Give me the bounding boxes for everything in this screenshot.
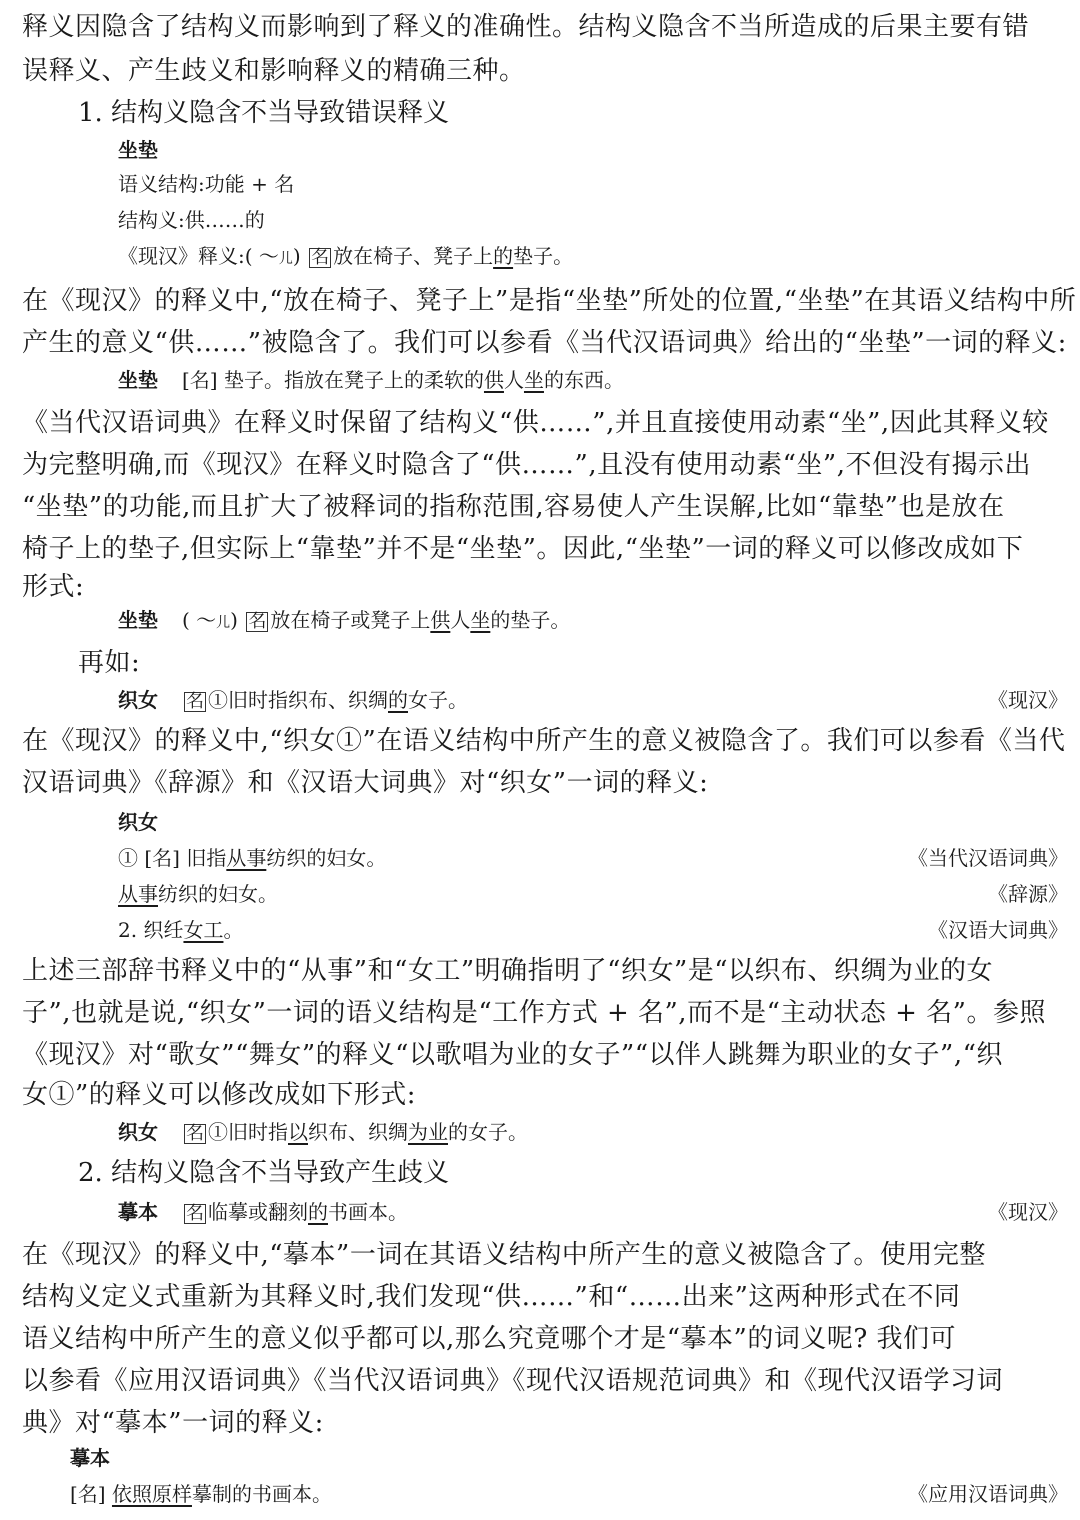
noun-box-icon: 名: [246, 612, 268, 632]
paragraph-line: 在《现汉》的释义中,“摹本”一词在其语义结构中所产生的意义被隐含了。使用完整: [22, 1234, 1068, 1271]
paragraph-line: 汉语词典》《辞源》和《汉语大词典》对“织女”一词的释义:: [22, 762, 1068, 799]
entry-definition: 2. 织纴女工。 《汉语大词典》: [118, 914, 1068, 943]
entry-meaning: 结构义:供……的: [118, 204, 1068, 233]
source-citation: 《现汉》: [988, 1196, 1068, 1225]
paragraph-line: 误释义、产生歧义和影响释义的精确三种。: [22, 50, 1068, 87]
source-citation: 《汉语大词典》: [928, 914, 1068, 943]
entry-definition: 坐垫[名] 垫子。指放在凳子上的柔软的供人坐的东西。: [118, 364, 1068, 393]
paragraph-line: 以参看《应用汉语词典》《当代汉语词典》《现代汉语规范词典》和《现代汉语学习词: [22, 1360, 1068, 1397]
paragraph-line: “坐垫”的功能,而且扩大了被释词的指称范围,容易使人产生误解,比如“靠垫”也是放…: [22, 486, 1068, 523]
paragraph-line: 上述三部辞书释义中的“从事”和“女工”明确指明了“织女”是“以织布、织绸为业的女: [22, 950, 1068, 987]
entry-definition: 织女名①旧时指织布、织绸的女子。 《现汉》: [118, 684, 1068, 713]
paragraph-line: 再如:: [78, 642, 1080, 679]
section-heading-2: 2. 结构义隐含不当导致产生歧义: [78, 1152, 1080, 1189]
entry-definition: 摹本名临摹或翻刻的书画本。 《现汉》: [118, 1196, 1068, 1225]
source-citation: 《当代汉语词典》: [908, 842, 1068, 871]
paragraph-line: 形式:: [22, 566, 1068, 603]
paragraph-line: 典》对“摹本”一词的释义:: [22, 1402, 1068, 1439]
section-heading-1: 1. 结构义隐含不当导致错误释义: [78, 92, 1080, 129]
paragraph-line: 《当代汉语词典》在释义时保留了结构义“供……”,并且直接使用动素“坐”,因此其释…: [22, 402, 1068, 439]
entry-headword: 织女: [118, 806, 1068, 835]
entry-headword: 坐垫: [118, 134, 1068, 163]
source-citation: 《应用汉语词典》: [908, 1478, 1068, 1507]
entry-definition: ① [名] 旧指从事纺织的妇女。 《当代汉语词典》: [118, 842, 1068, 871]
source-citation: 《现汉》: [988, 684, 1068, 713]
entry-headword: 摹本: [70, 1442, 1068, 1471]
paragraph-line: 子”,也就是说,“织女”一词的语义结构是“工作方式 + 名”,而不是“主动状态 …: [22, 992, 1068, 1029]
entry-definition: 从事纺织的妇女。 《辞源》: [118, 878, 1068, 907]
paragraph-line: 释义因隐含了结构义而影响到了释义的准确性。结构义隐含不当所造成的后果主要有错: [22, 6, 1068, 43]
noun-box-icon: 名: [184, 1124, 206, 1144]
noun-box-icon: 名: [184, 692, 206, 712]
noun-box-icon: 名: [184, 1204, 206, 1224]
paragraph-line: 为完整明确,而《现汉》在释义时隐含了“供……”,且没有使用动素“坐”,不但没有揭…: [22, 444, 1068, 481]
paragraph-line: 《现汉》对“歌女”“舞女”的释义“以歌唱为业的女子”“以伴人跳舞为职业的女子”,…: [22, 1034, 1068, 1071]
paragraph-line: 语义结构中所产生的意义似乎都可以,那么究竟哪个才是“摹本”的词义呢? 我们可: [22, 1318, 1068, 1355]
entry-revised-definition: 织女名①旧时指以织布、织绸为业的女子。: [118, 1116, 1068, 1145]
paragraph-line: 在《现汉》的释义中,“织女①”在语义结构中所产生的意义被隐含了。我们可以参看《当…: [22, 720, 1068, 757]
source-citation: 《辞源》: [988, 878, 1068, 907]
entry-revised-definition: 坐垫( ～儿) 名放在椅子或凳子上供人坐的垫子。: [118, 604, 1068, 633]
paragraph-line: 女①”的释义可以修改成如下形式:: [22, 1074, 1068, 1111]
entry-definition: [名] 依照原样摹制的书画本。 《应用汉语词典》: [70, 1478, 1068, 1507]
entry-xianhan-definition: 《现汉》释义:( ～儿) 名放在椅子、凳子上的垫子。: [118, 240, 1068, 269]
headword: 坐垫: [118, 138, 158, 162]
entry-structure: 语义结构:功能 + 名: [118, 168, 1068, 197]
paragraph-line: 在《现汉》的释义中,“放在椅子、凳子上”是指“坐垫”所处的位置,“坐垫”在其语义…: [22, 280, 1068, 317]
paragraph-line: 结构义定义式重新为其释义时,我们发现“供……”和“……出来”这两种形式在不同: [22, 1276, 1068, 1313]
paragraph-line: 椅子上的垫子,但实际上“靠垫”并不是“坐垫”。因此,“坐垫”一词的释义可以修改成…: [22, 528, 1068, 565]
noun-box-icon: 名: [309, 248, 331, 268]
paragraph-line: 产生的意义“供……”被隐含了。我们可以参看《当代汉语词典》给出的“坐垫”一词的释…: [22, 322, 1068, 359]
